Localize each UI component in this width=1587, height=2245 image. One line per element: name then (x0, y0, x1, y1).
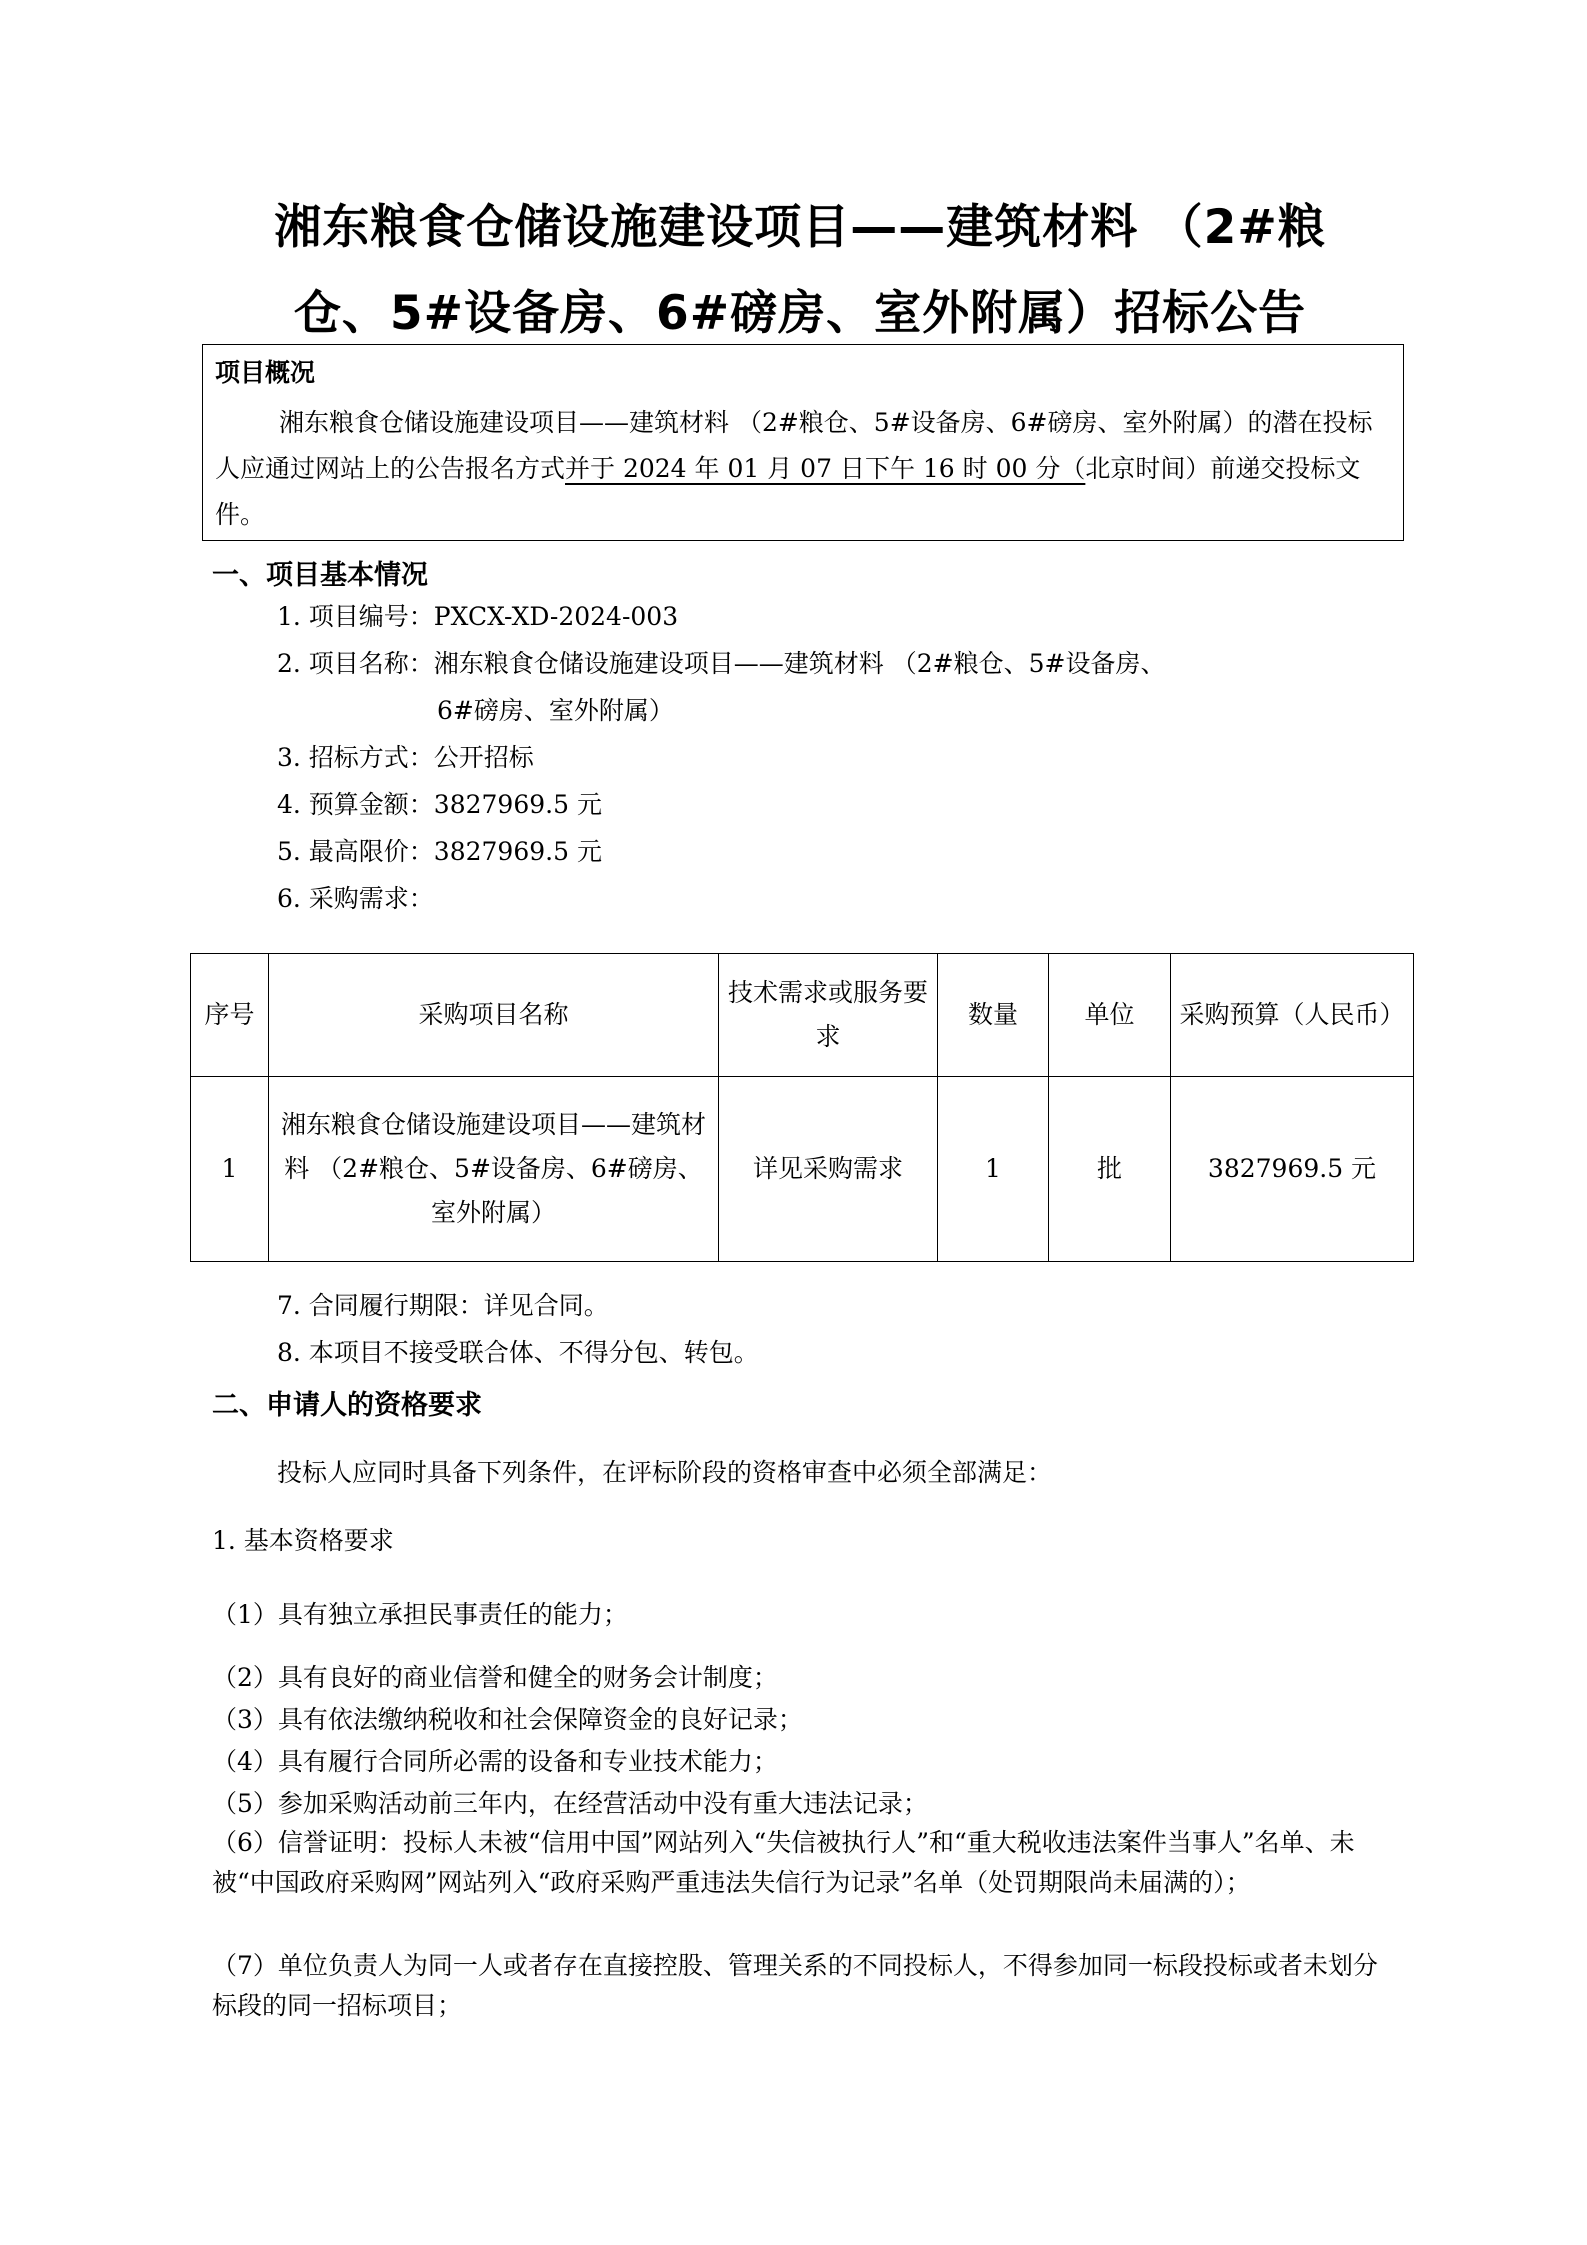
document-title: 湘东粮食仓储设施建设项目——建筑材料 （2#粮 仓、5#设备房、6#磅房、室外附… (180, 185, 1420, 357)
header-no: 序号 (191, 954, 269, 1077)
header-unit: 单位 (1049, 954, 1171, 1077)
requirement-7: （7）单位负责人为同一人或者存在直接控股、管理关系的不同投标人，不得参加同一标段… (212, 1946, 1402, 2026)
overview-deadline: 并于 2024 年 01 月 07 日下午 16 时 00 分（ (565, 454, 1085, 483)
title-line-1: 湘东粮食仓储设施建设项目——建筑材料 （2#粮 (180, 185, 1420, 271)
item-max-price: 5. 最高限价：3827969.5 元 (277, 829, 602, 875)
requirement-5: （5）参加采购活动前三年内，在经营活动中没有重大违法记录； (212, 1781, 928, 1827)
cell-quantity: 1 (938, 1077, 1049, 1262)
project-overview-box: 项目概况 湘东粮食仓储设施建设项目——建筑材料 （2#粮仓、5#设备房、6#磅房… (202, 344, 1404, 541)
section-2-heading: 二、申请人的资格要求 (212, 1383, 482, 1422)
procurement-table: 序号 采购项目名称 技术需求或服务要求 数量 单位 采购预算（人民币） 1 湘东… (190, 953, 1414, 1262)
cell-no: 1 (191, 1077, 269, 1262)
requirement-2: （2）具有良好的商业信誉和健全的财务会计制度； (212, 1655, 778, 1701)
cell-budget: 3827969.5 元 (1171, 1077, 1414, 1262)
requirement-6: （6）信誉证明：投标人未被“信用中国”网站列入“失信被执行人”和“重大税收违法案… (212, 1823, 1402, 1903)
item-budget: 4. 预算金额：3827969.5 元 (277, 782, 602, 828)
item-project-name: 2. 项目名称：湘东粮食仓储设施建设项目——建筑材料 （2#粮仓、5#设备房、 (277, 641, 1165, 687)
overview-heading: 项目概况 (215, 353, 315, 389)
header-budget: 采购预算（人民币） (1171, 954, 1414, 1077)
item-procurement-needs: 6. 采购需求： (277, 876, 434, 922)
requirement-1: （1）具有独立承担民事责任的能力； (212, 1592, 628, 1638)
cell-name: 湘东粮食仓储设施建设项目——建筑材料 （2#粮仓、5#设备房、6#磅房、室外附属… (269, 1077, 719, 1262)
item-project-number: 1. 项目编号：PXCX-XD-2024-003 (277, 594, 678, 640)
qualification-intro: 投标人应同时具备下列条件，在评标阶段的资格审查中必须全部满足： (277, 1450, 1052, 1496)
table-row: 1 湘东粮食仓储设施建设项目——建筑材料 （2#粮仓、5#设备房、6#磅房、室外… (191, 1077, 1414, 1262)
header-name: 采购项目名称 (269, 954, 719, 1077)
item-project-name-cont: 6#磅房、室外附属） (437, 688, 674, 734)
header-quantity: 数量 (938, 954, 1049, 1077)
item-no-consortium: 8. 本项目不接受联合体、不得分包、转包。 (277, 1330, 759, 1376)
requirement-4: （4）具有履行合同所必需的设备和专业技术能力； (212, 1739, 778, 1785)
requirement-3: （3）具有依法缴纳税收和社会保障资金的良好记录； (212, 1697, 803, 1743)
section-1-heading: 一、项目基本情况 (212, 553, 428, 592)
header-requirement: 技术需求或服务要求 (719, 954, 938, 1077)
overview-text: 湘东粮食仓储设施建设项目——建筑材料 （2#粮仓、5#设备房、6#磅房、室外附属… (215, 400, 1390, 538)
item-bid-method: 3. 招标方式：公开招标 (277, 735, 534, 781)
cell-requirement: 详见采购需求 (719, 1077, 938, 1262)
table-header-row: 序号 采购项目名称 技术需求或服务要求 数量 单位 采购预算（人民币） (191, 954, 1414, 1077)
item-contract-period: 7. 合同履行期限：详见合同。 (277, 1283, 609, 1329)
basic-qualification-heading: 1. 基本资格要求 (212, 1518, 394, 1564)
cell-unit: 批 (1049, 1077, 1171, 1262)
